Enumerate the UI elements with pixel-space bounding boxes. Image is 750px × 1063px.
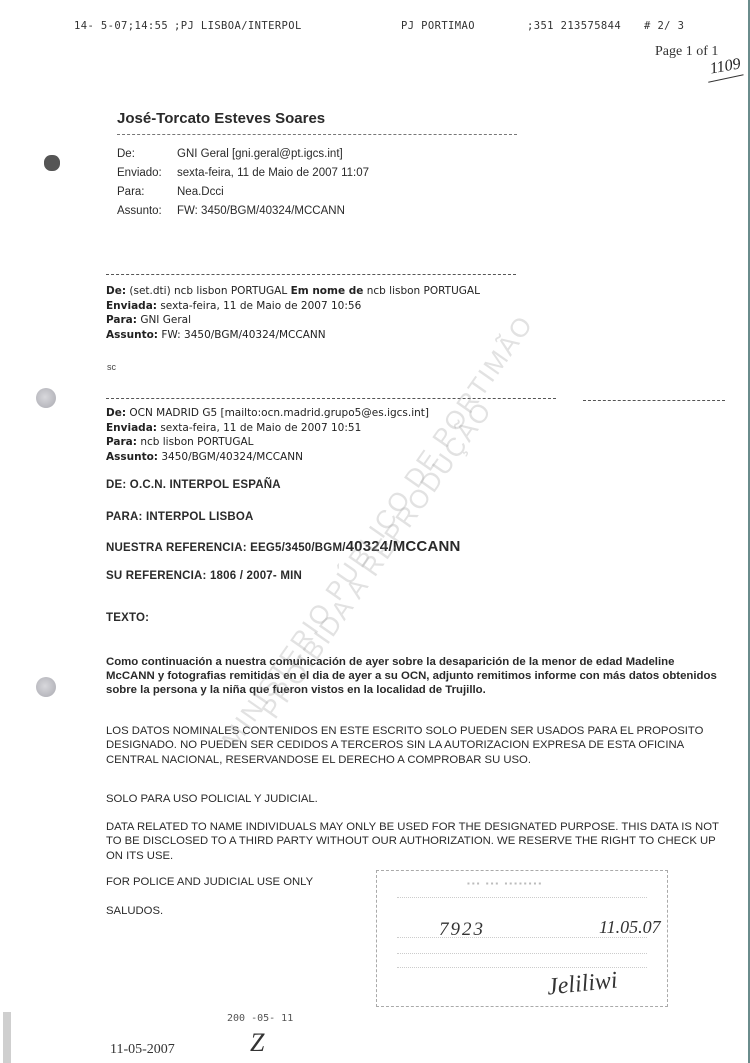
value: sexta-feira, 11 de Maio de 2007 10:51 (160, 422, 361, 434)
your-reference: SU REFERENCIA: 1806 / 2007- MIN (106, 570, 302, 582)
message-from: DE: O.C.N. INTERPOL ESPAÑA (106, 479, 281, 491)
label: Enviada: (106, 422, 157, 434)
ink-blot (44, 155, 60, 171)
label: Enviada: (106, 300, 157, 312)
message-to: PARA: INTERPOL LISBOA (106, 511, 254, 523)
stamp-faded-title: ▪▪▪ ▪▪▪ ▪▪▪▪▪▪▪▪ (467, 879, 543, 888)
reference-label: NUESTRA REFERENCIA: EEG5/3450/BGM/ (106, 542, 346, 554)
forward-2-header: De: OCN MADRID G5 [mailto:ocn.madrid.gru… (106, 406, 429, 464)
text-label: TEXTO: (106, 612, 149, 624)
field-label: De: (117, 145, 177, 164)
field-value: Nea.Dcci (177, 186, 224, 198)
stamp-entry-number: 7923 (439, 919, 485, 941)
label: De: (106, 407, 126, 419)
disclaimer-english: DATA RELATED TO NAME INDIVIDUALS MAY ONL… (106, 820, 731, 863)
divider (106, 274, 516, 275)
fax-header: 14- 5-07;14:55 ;PJ LISBOA/INTERPOL PJ PO… (74, 20, 750, 34)
disclaimer-spanish: LOS DATOS NOMINALES CONTENIDOS EN ESTE E… (106, 724, 731, 767)
value: (set.dti) ncb lisbon PORTUGAL (129, 285, 287, 297)
footer-date: 11-05-2007 (110, 1042, 175, 1058)
note: sc (107, 362, 116, 372)
field-assunto: Assunto:FW: 3450/BGM/40324/MCCANN (117, 202, 369, 221)
field-label: Enviado: (117, 164, 177, 183)
reception-stamp: ▪▪▪ ▪▪▪ ▪▪▪▪▪▪▪▪ 7923 11.05.07 Jeliliwi (376, 870, 668, 1007)
field-value: FW: 3450/BGM/40324/MCCANN (177, 205, 345, 217)
message-body: Como continuación a nuestra comunicación… (106, 655, 726, 697)
punch-hole-top (36, 388, 56, 408)
field-label: Para: (117, 183, 177, 202)
fax-recipient: PJ PORTIMAO (401, 20, 475, 32)
stamp-signature: Jeliliwi (546, 967, 619, 1001)
label: Em nome de (291, 285, 364, 297)
stamp-line (397, 897, 647, 898)
value: ncb lisbon PORTUGAL (140, 436, 253, 448)
outer-email-fields: De:GNI Geral [gni.geral@pt.igcs.int] Env… (117, 145, 369, 221)
page-indicator: Page 1 of 1 (655, 44, 718, 60)
forward-1-header: De: (set.dti) ncb lisbon PORTUGAL Em nom… (106, 284, 480, 342)
field-de: De:GNI Geral [gni.geral@pt.igcs.int] (117, 145, 369, 164)
label: Para: (106, 436, 137, 448)
field-label: Assunto: (117, 202, 177, 221)
stamp-date: 11.05.07 (599, 917, 661, 938)
label: Para: (106, 314, 137, 326)
label: Assunto: (106, 329, 158, 341)
field-value: sexta-feira, 11 de Maio de 2007 11:07 (177, 167, 369, 179)
label: De: (106, 285, 126, 297)
field-enviado: Enviado:sexta-feira, 11 de Maio de 2007 … (117, 164, 369, 183)
scan-margin-bar (3, 1012, 11, 1063)
footer-initial: Z (250, 1028, 264, 1058)
value: OCN MADRID G5 [mailto:ocn.madrid.grupo5@… (129, 407, 429, 419)
value: GNI Geral (140, 314, 191, 326)
value: 3450/BGM/40324/MCCANN (161, 451, 303, 463)
punch-hole-bottom (36, 677, 56, 697)
footer-date-stamp: 200 -05- 11 (227, 1013, 293, 1024)
use-spanish: SOLO PARA USO POLICIAL Y JUDICIAL. (106, 792, 731, 806)
divider (117, 134, 517, 135)
fax-datetime: 14- 5-07;14:55 (74, 20, 168, 32)
value: sexta-feira, 11 de Maio de 2007 10:56 (160, 300, 361, 312)
fax-page: # 2/ 3 (644, 20, 684, 32)
label: Assunto: (106, 451, 158, 463)
stamp-line (397, 953, 647, 954)
field-value: GNI Geral [gni.geral@pt.igcs.int] (177, 148, 343, 160)
fax-phone: ;351 213575844 (527, 20, 621, 32)
fax-sender: ;PJ LISBOA/INTERPOL (174, 20, 302, 32)
value: FW: 3450/BGM/40324/MCCANN (161, 329, 325, 341)
field-para: Para:Nea.Dcci (117, 183, 369, 202)
value: ncb lisbon PORTUGAL (367, 285, 480, 297)
sender-name: José-Torcato Esteves Soares (117, 110, 325, 127)
divider (583, 400, 725, 401)
